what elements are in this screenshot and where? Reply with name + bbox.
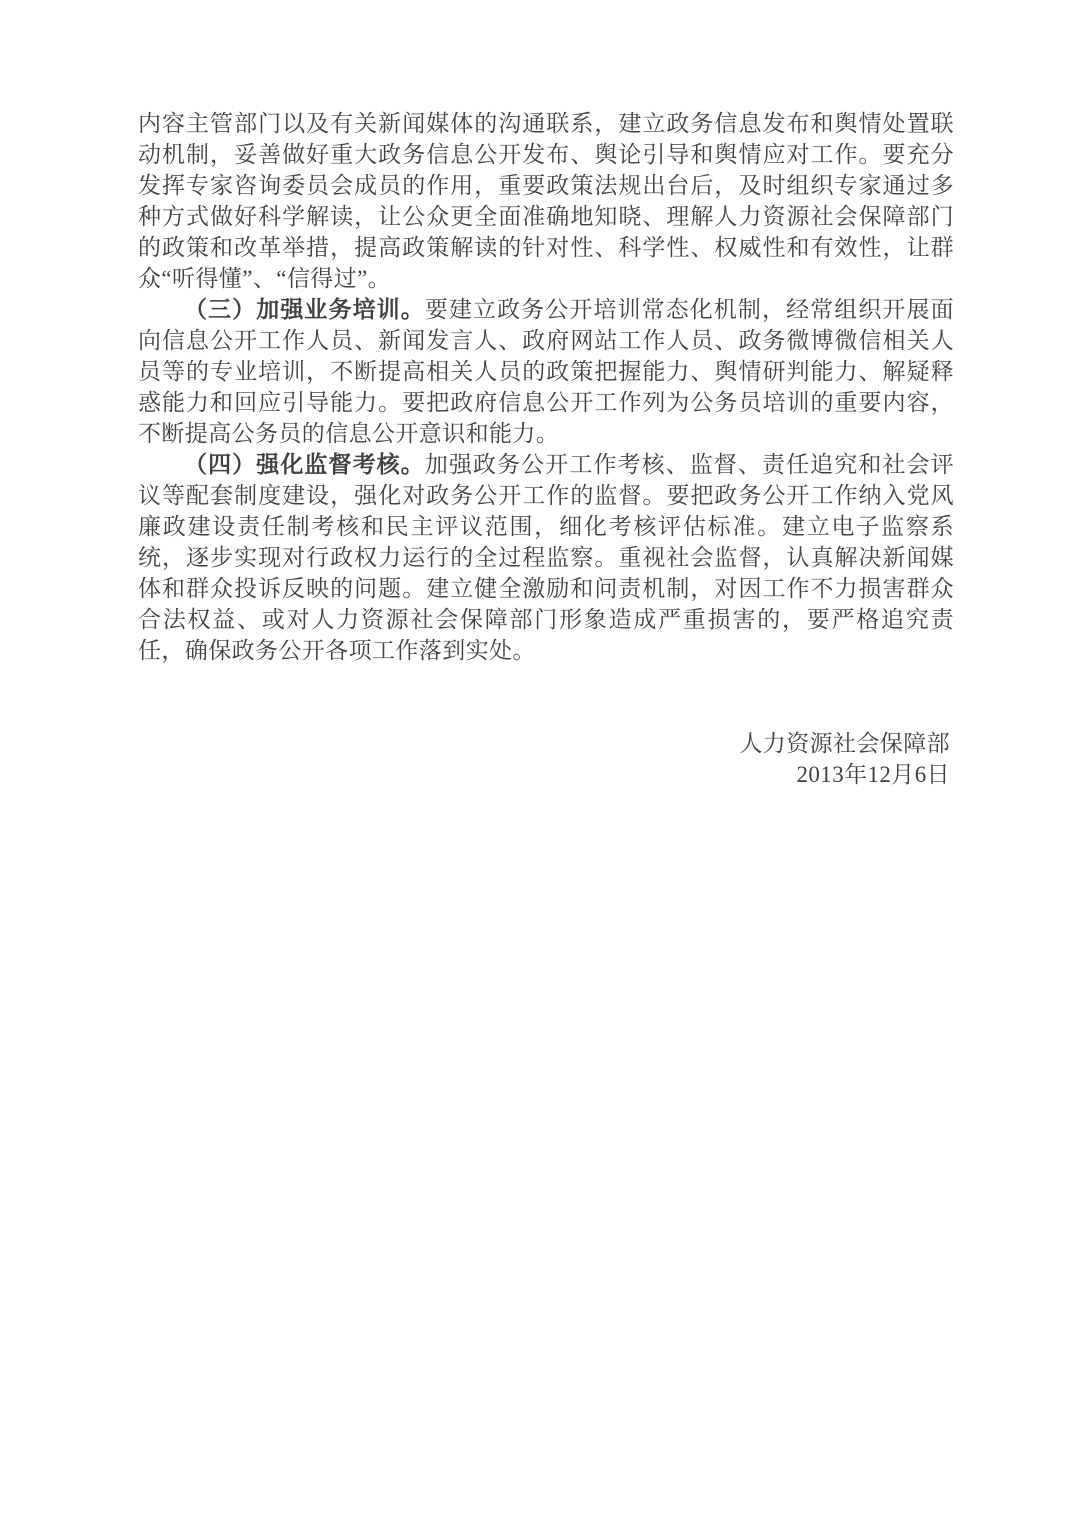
section-heading: （四）强化监督考核。 xyxy=(184,452,425,477)
section-heading: （三）加强业务培训。 xyxy=(184,297,425,322)
document-page: 内容主管部门以及有关新闻媒体的沟通联系，建立政务信息发布和舆情处置联动机制，妥善… xyxy=(0,0,1074,1520)
paragraph-section-three: （三）加强业务培训。要建立政务公开培训常态化机制，经常组织开展面向信息公开工作人… xyxy=(138,294,954,449)
signature-block: 人力资源社会保障部 2013年12月6日 xyxy=(138,728,954,790)
paragraph-text: 内容主管部门以及有关新闻媒体的沟通联系，建立政务信息发布和舆情处置联动机制，妥善… xyxy=(138,111,954,291)
signature-date: 2013年12月6日 xyxy=(138,759,950,790)
signature-issuer: 人力资源社会保障部 xyxy=(138,728,950,759)
document-body: 内容主管部门以及有关新闻媒体的沟通联系，建立政务信息发布和舆情处置联动机制，妥善… xyxy=(138,108,954,666)
paragraph-text: 加强政务公开工作考核、监督、责任追究和社会评议等配套制度建设，强化对政务公开工作… xyxy=(138,452,954,663)
paragraph-continuation: 内容主管部门以及有关新闻媒体的沟通联系，建立政务信息发布和舆情处置联动机制，妥善… xyxy=(138,108,954,294)
paragraph-section-four: （四）强化监督考核。加强政务公开工作考核、监督、责任追究和社会评议等配套制度建设… xyxy=(138,449,954,666)
